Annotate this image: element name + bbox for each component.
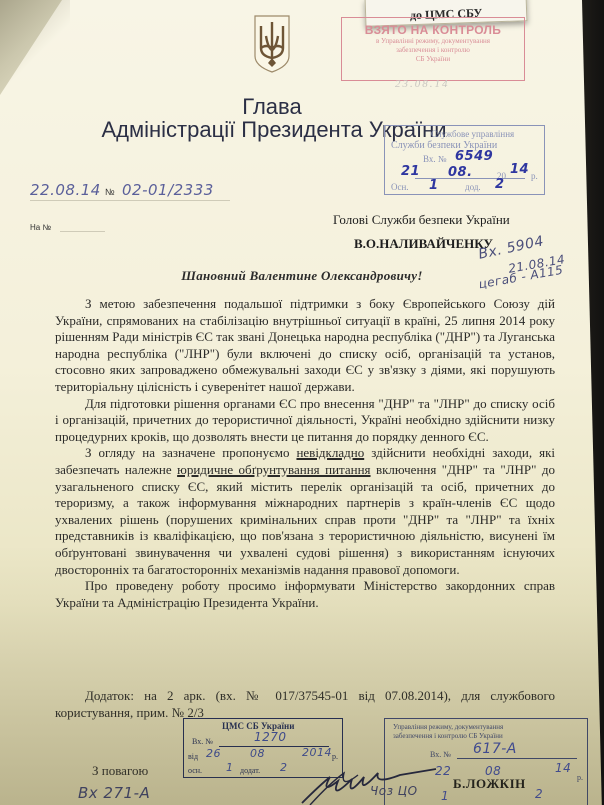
control-dept-osn: 1 xyxy=(441,789,449,803)
addressee-position: Голові Служби безпеки України xyxy=(333,212,510,228)
outgoing-date: 22.08.14 xyxy=(30,181,101,199)
stamp-year-suffix: р. xyxy=(531,171,538,181)
salutation: Шановний Валентине Олександровичу! xyxy=(0,268,604,284)
stamp-vkh-number: 6549 xyxy=(455,149,493,164)
signer-name: Б.ЛОЖКІН xyxy=(453,776,526,792)
background-edge xyxy=(582,0,604,805)
letter-body: З метою забезпечення подальшої підтримки… xyxy=(55,296,555,611)
control-dept-vkh-number: 617-А xyxy=(473,741,517,757)
control-stamp: ВЗЯТО НА КОНТРОЛЬ в Управлінні режиму, д… xyxy=(341,17,525,81)
cms-vkh-number: 1270 xyxy=(254,730,287,744)
control-stamp-line: забезпечення і контролю xyxy=(342,46,524,55)
cms-osn-label: осн. xyxy=(188,766,202,775)
cms-month: 08 xyxy=(250,747,265,760)
stamp-year: 14 xyxy=(510,162,529,177)
control-dept-year-suffix: р. xyxy=(577,773,583,782)
cms-vid-label: від xyxy=(188,752,198,761)
stamp-osn-label: Осн. xyxy=(391,182,409,192)
stamp-dod-value: 2 xyxy=(495,177,505,192)
underlined-legal-justification: юридичне обґрунтування питання xyxy=(177,462,370,477)
cms-day: 26 xyxy=(206,747,221,760)
document-page: до ЦМС СБУ ВЗЯТО НА КОНТРОЛЬ в Управлінн… xyxy=(0,0,604,805)
paragraph-3-part-c: включення "ДНР" та "ЛНР" до узагальненог… xyxy=(55,462,555,577)
control-dept-vkh-line xyxy=(457,758,577,759)
folded-corner-shadow xyxy=(0,0,70,100)
addressee-name: В.О.НАЛИВАЙЧЕНКУ xyxy=(354,236,493,252)
control-dept-line1: Управління режиму, документування xyxy=(393,723,503,731)
closing: З повагою xyxy=(92,763,148,779)
stamp-line1: Службове управління xyxy=(431,129,514,139)
control-dept-year: 14 xyxy=(555,761,571,775)
sbu-registration-stamp: Службове управління Служби безпеки Украї… xyxy=(384,125,545,195)
reference-label: На № xyxy=(30,223,51,232)
control-stamp-line: СБ України xyxy=(342,55,524,64)
paragraph-3: З огляду на зазначене пропонуємо невідкл… xyxy=(55,445,555,578)
cms-vkh-label: Вх. № xyxy=(192,737,213,746)
bottom-handwriting-left: Вх 271-А xyxy=(78,784,150,802)
control-stamp-title: ВЗЯТО НА КОНТРОЛЬ xyxy=(342,23,524,37)
underlined-urgently: невідкладно xyxy=(296,445,364,460)
control-stamp-line: в Управлінні режиму, документування xyxy=(342,37,524,46)
paragraph-3-part-a: З огляду на зазначене пропонуємо xyxy=(85,445,296,460)
control-dept-dod: 2 xyxy=(535,787,543,801)
cms-dod-label: додат. xyxy=(240,766,260,775)
stamp-dod-label: дод. xyxy=(465,182,481,192)
control-stamp-date: 23.08.14 xyxy=(395,78,450,90)
paragraph-4: Про проведену роботу просимо інформувати… xyxy=(55,578,555,611)
trident-coat-of-arms-icon xyxy=(252,14,292,74)
control-dept-line2: забезпечення і контролю СБ України xyxy=(393,732,503,740)
stamp-osn-value: 1 xyxy=(429,178,439,193)
cms-osn-value: 1 xyxy=(226,761,234,774)
outgoing-number-label: № xyxy=(105,187,115,197)
stamp-day: 21 xyxy=(401,164,420,179)
reference-line xyxy=(60,231,105,232)
cms-dod-value: 2 xyxy=(280,761,288,774)
stamp-vkh-label: Вх. № xyxy=(423,154,446,164)
paragraph-2: Для підготовки рішення органами ЄС про в… xyxy=(55,396,555,446)
attachment-note: Додаток: на 2 арк. (вх. № 017/37545-01 в… xyxy=(55,688,555,721)
attachment-text: Додаток: на 2 арк. (вх. № 017/37545-01 в… xyxy=(55,688,555,721)
outgoing-number: 02-01/2333 xyxy=(122,181,214,199)
outgoing-line xyxy=(30,200,230,201)
bottom-handwriting-right: Чоз ЦО xyxy=(370,784,418,798)
paragraph-1: З метою забезпечення подальшої підтримки… xyxy=(55,296,555,396)
